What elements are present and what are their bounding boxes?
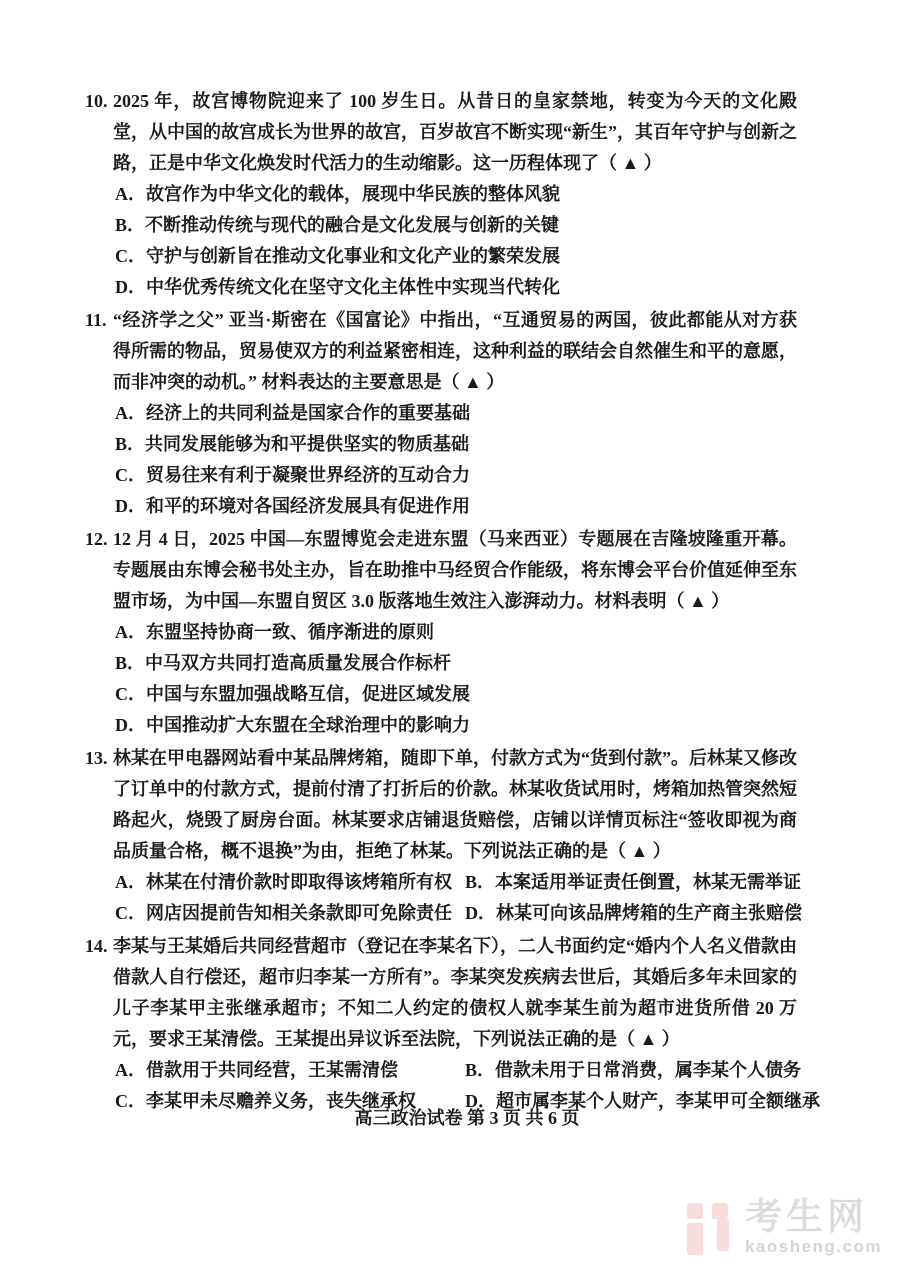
question-11: 11. “经济学之父” 亚当·斯密在《国富论》中指出，“互通贸易的两国，彼此都能…	[85, 305, 797, 522]
option-text: 借款用于共同经营，王某需清偿	[146, 1055, 465, 1086]
question-stem: 林某在甲电器网站看中某品牌烤箱，随即下单，付款方式为“货到付款”。后林某又修改了…	[113, 743, 797, 867]
option-label: C．	[115, 679, 146, 710]
option-b: B． 共同发展能够为和平提供坚实的物质基础	[115, 429, 797, 460]
option-a: A． 东盟坚持协商一致、循序渐进的原则	[115, 617, 797, 648]
option-label: B．	[465, 1055, 495, 1086]
question-number: 10.	[85, 86, 113, 117]
option-d: D． 中国推动扩大东盟在全球治理中的影响力	[115, 710, 797, 741]
option-c: C． 贸易往来有利于凝聚世界经济的互动合力	[115, 460, 797, 491]
question-number: 12.	[85, 524, 113, 555]
option-label: D．	[115, 710, 146, 741]
option-text: 贸易往来有利于凝聚世界经济的互动合力	[146, 460, 797, 491]
option-text: 中国推动扩大东盟在全球治理中的影响力	[146, 710, 797, 741]
option-text: 东盟坚持协商一致、循序渐进的原则	[146, 617, 797, 648]
option-text: 林某在付清价款时即取得该烤箱所有权	[146, 867, 465, 898]
question-14: 14. 李某与王某婚后共同经营超市（登记在李某名下），二人书面约定“婚内个人名义…	[85, 931, 797, 1117]
question-stem: 李某与王某婚后共同经营超市（登记在李某名下），二人书面约定“婚内个人名义借款由借…	[113, 931, 797, 1055]
question-stem: “经济学之父” 亚当·斯密在《国富论》中指出，“互通贸易的两国，彼此都能从对方获…	[113, 305, 797, 398]
option-label: B．	[115, 210, 145, 241]
option-label: A．	[115, 398, 146, 429]
option-text: 守护与创新旨在推动文化事业和文化产业的繁荣发展	[146, 241, 797, 272]
option-a: A． 经济上的共同利益是国家合作的重要基础	[115, 398, 797, 429]
kaosheng-logo-icon	[687, 1203, 733, 1255]
option-b: B． 本案适用举证责任倒置，林某无需举证	[465, 867, 802, 898]
question-12: 12. 12 月 4 日，2025 中国—东盟博览会走进东盟（马来西亚）专题展在…	[85, 524, 797, 741]
option-text: 故宫作为中华文化的载体，展现中华民族的整体风貌	[146, 179, 797, 210]
option-a: A． 故宫作为中华文化的载体，展现中华民族的整体风貌	[115, 179, 797, 210]
watermark-text: 考生网 kaosheng.com	[745, 1198, 882, 1255]
option-label: C．	[115, 241, 146, 272]
question-stem: 2025 年，故宫博物院迎来了 100 岁生日。从昔日的皇家禁地，转变为今天的文…	[113, 86, 797, 179]
kaosheng-watermark: 考生网 kaosheng.com	[687, 1198, 882, 1255]
option-label: B．	[115, 429, 145, 460]
option-d: D． 中华优秀传统文化在坚守文化主体性中实现当代转化	[115, 272, 797, 303]
option-label: D．	[115, 272, 146, 303]
option-text: 中华优秀传统文化在坚守文化主体性中实现当代转化	[146, 272, 797, 303]
option-c: C． 中国与东盟加强战略互信，促进区域发展	[115, 679, 797, 710]
option-text: 本案适用举证责任倒置，林某无需举证	[495, 867, 802, 898]
exam-paper-page: 10. 2025 年，故宫博物院迎来了 100 岁生日。从昔日的皇家禁地，转变为…	[0, 0, 900, 1273]
option-label: A．	[115, 867, 146, 898]
option-d: D． 林某可向该品牌烤箱的生产商主张赔偿	[465, 898, 802, 929]
option-label: D．	[465, 898, 496, 929]
option-c: C． 守护与创新旨在推动文化事业和文化产业的繁荣发展	[115, 241, 797, 272]
option-label: A．	[115, 179, 146, 210]
option-text: 中国与东盟加强战略互信，促进区域发展	[146, 679, 797, 710]
option-label: C．	[115, 460, 146, 491]
page-footer: 高三政治试卷 第 3 页 共 6 页	[0, 1104, 900, 1130]
options-list: A． 林某在付清价款时即取得该烤箱所有权 B． 本案适用举证责任倒置，林某无需举…	[113, 867, 797, 929]
option-c: C． 网店因提前告知相关条款即可免除责任	[115, 898, 465, 929]
option-d: D． 和平的环境对各国经济发展具有促进作用	[115, 491, 797, 522]
option-label: B．	[115, 648, 145, 679]
option-text: 共同发展能够为和平提供坚实的物质基础	[145, 429, 797, 460]
option-text: 经济上的共同利益是国家合作的重要基础	[146, 398, 797, 429]
option-label: C．	[115, 898, 146, 929]
option-text: 中马双方共同打造高质量发展合作标杆	[145, 648, 797, 679]
exam-content: 10. 2025 年，故宫博物院迎来了 100 岁生日。从昔日的皇家禁地，转变为…	[85, 86, 797, 1119]
option-text: 网店因提前告知相关条款即可免除责任	[146, 898, 465, 929]
watermark-site-name: 考生网	[745, 1198, 868, 1235]
option-label: A．	[115, 617, 146, 648]
option-text: 借款未用于日常消费，属李某个人债务	[495, 1055, 820, 1086]
question-number: 14.	[85, 931, 113, 962]
option-text: 不断推动传统与现代的融合是文化发展与创新的关键	[145, 210, 797, 241]
option-a: A． 借款用于共同经营，王某需清偿	[115, 1055, 465, 1086]
option-label: A．	[115, 1055, 146, 1086]
question-10: 10. 2025 年，故宫博物院迎来了 100 岁生日。从昔日的皇家禁地，转变为…	[85, 86, 797, 303]
watermark-site-domain: kaosheng.com	[745, 1238, 882, 1255]
question-number: 13.	[85, 743, 113, 774]
option-b: B． 中马双方共同打造高质量发展合作标杆	[115, 648, 797, 679]
question-13: 13. 林某在甲电器网站看中某品牌烤箱，随即下单，付款方式为“货到付款”。后林某…	[85, 743, 797, 929]
option-a: A． 林某在付清价款时即取得该烤箱所有权	[115, 867, 465, 898]
option-b: B． 不断推动传统与现代的融合是文化发展与创新的关键	[115, 210, 797, 241]
option-b: B． 借款未用于日常消费，属李某个人债务	[465, 1055, 820, 1086]
question-stem: 12 月 4 日，2025 中国—东盟博览会走进东盟（马来西亚）专题展在吉隆坡隆…	[113, 524, 797, 617]
option-label: D．	[115, 491, 146, 522]
option-text: 林某可向该品牌烤箱的生产商主张赔偿	[496, 898, 802, 929]
option-label: B．	[465, 867, 495, 898]
question-number: 11.	[85, 305, 113, 336]
options-list: A． 经济上的共同利益是国家合作的重要基础 B． 共同发展能够为和平提供坚实的物…	[113, 398, 797, 522]
options-list: A． 东盟坚持协商一致、循序渐进的原则 B． 中马双方共同打造高质量发展合作标杆…	[113, 617, 797, 741]
options-list: A． 故宫作为中华文化的载体，展现中华民族的整体风貌 B． 不断推动传统与现代的…	[113, 179, 797, 303]
option-text: 和平的环境对各国经济发展具有促进作用	[146, 491, 797, 522]
